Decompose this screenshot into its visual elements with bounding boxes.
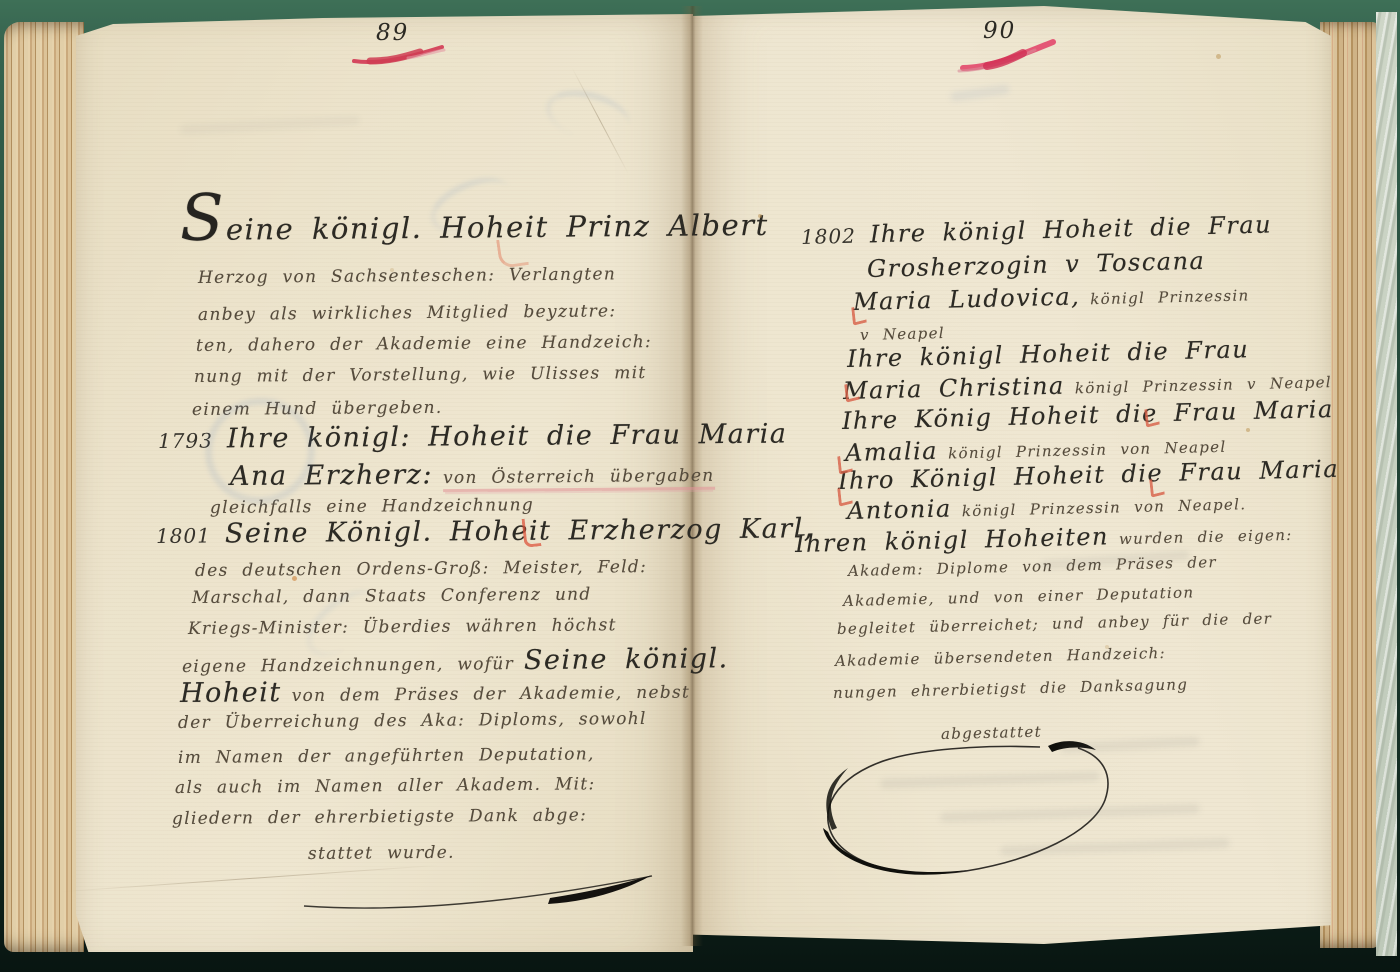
- manuscript-line: gliedern der ehrerbietigste Dank abge:: [172, 805, 587, 829]
- manuscript-line: Grosherzogin v Toscana: [867, 246, 1216, 283]
- red-corrector-mark: [522, 517, 542, 548]
- manuscript-line: des deutschen Ordens-Groß: Meister, Feld…: [195, 557, 647, 581]
- paper-stain: [1246, 428, 1250, 432]
- manuscript-line: Kriegs-Minister: Überdies währen höchst: [188, 615, 617, 639]
- manuscript-line: nung mit der Vorstellung, wie Ulisses mi…: [194, 363, 647, 387]
- ink-flourish-left: [300, 854, 660, 914]
- manuscript-line: der Überreichung des Aka: Diploms, sowoh…: [178, 709, 647, 733]
- manuscript-line: Akademie übersendeten Handzeich:: [835, 644, 1166, 670]
- paper-stain: [1216, 54, 1221, 59]
- manuscript-line: begleitet überreichet; und anbey für die…: [837, 609, 1273, 638]
- paper-stain: [292, 576, 297, 581]
- right-page-content: 90 1802 Ihre königl Hoheit die Frau Gros…: [695, 14, 1325, 944]
- left-page-content: 89 S eine königl. Hoheit Prinz Albert He…: [80, 16, 692, 952]
- red-check-mark: [837, 485, 852, 506]
- ink-flourish-oval: [810, 734, 1145, 889]
- manuscript-book-photo: 89 S eine königl. Hoheit Prinz Albert He…: [0, 0, 1400, 972]
- manuscript-line: anbey als wirkliches Mitglied beyzutre:: [198, 301, 617, 325]
- manuscript-line: nungen ehrerbietigst die Danksagung: [833, 675, 1189, 702]
- red-check-mark: [844, 381, 859, 402]
- manuscript-line: Hoheit von dem Präses der Akademie, nebs…: [180, 674, 690, 709]
- decorated-initial: S: [180, 200, 224, 239]
- red-underlined-text: von Österreich übergaben: [443, 466, 715, 492]
- manuscript-line: gleichfalls eine Handzeichnung: [210, 495, 534, 518]
- year-label: 1801: [156, 524, 211, 548]
- cover-inner-edge: [1376, 12, 1397, 956]
- manuscript-line: Maria Ludovica, königl Prinzessin: [853, 278, 1250, 316]
- year-label: 1802: [801, 224, 856, 249]
- red-check-mark: [837, 453, 852, 474]
- page-number-flourish-red: [957, 40, 1062, 72]
- red-check-mark: [1149, 476, 1164, 497]
- manuscript-line: Akadem: Diplome von dem Präses der: [848, 553, 1217, 580]
- manuscript-line: 1802 Ihre königl Hoheit die Frau: [801, 210, 1283, 250]
- year-label: 1793: [158, 429, 213, 453]
- paper-stain: [1105, 645, 1109, 649]
- red-check-mark: [1144, 406, 1159, 427]
- manuscript-line: einem Hund übergeben.: [192, 398, 443, 420]
- page-number-left: 89: [376, 20, 409, 46]
- paper-stain: [758, 214, 762, 218]
- red-check-mark: [851, 304, 866, 325]
- manuscript-line: ten, dahero der Akademie eine Handzeich:: [196, 332, 652, 356]
- page-number-flourish-red: [348, 44, 448, 68]
- manuscript-line: Akademie, und von einer Deputation: [843, 583, 1195, 610]
- paper-stain: [390, 268, 394, 272]
- manuscript-line: Herzog von Sachsenteschen: Verlangten: [198, 264, 616, 288]
- manuscript-line: S eine königl. Hoheit Prinz Albert: [180, 195, 779, 247]
- page-edges-left: [4, 22, 84, 952]
- manuscript-line: Ana Erzherz: von Österreich übergaben: [230, 457, 715, 494]
- manuscript-line: Marschal, dann Staats Conferenz und: [192, 585, 592, 608]
- manuscript-line: im Namen der angeführten Deputation,: [178, 744, 595, 768]
- manuscript-line: als auch im Namen aller Akadem. Mit:: [175, 774, 596, 798]
- manuscript-line: v Neapel: [860, 324, 945, 344]
